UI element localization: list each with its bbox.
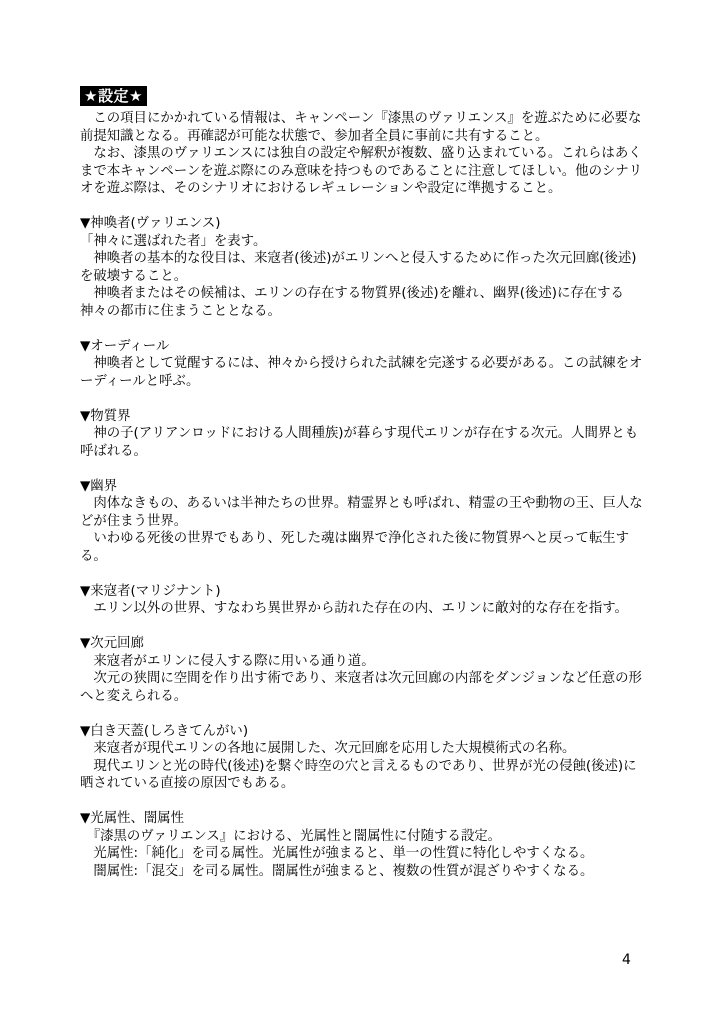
section-paragraph: 『漆黒のヴァリエンス』における、光属性と闇属性に付随する設定。 bbox=[80, 828, 648, 846]
section-body: 神の子(アリアンロッドにおける人間種族)が暮らす現代エリンが存在する次元。人間界… bbox=[80, 425, 648, 460]
section-heading: ▼白き天蓋(しろきてんがい) bbox=[80, 723, 648, 741]
section-heading: ▼来寇者(マリジナント) bbox=[80, 583, 648, 601]
section-paragraph: 光属性:「純化」を司る属性。光属性が強まると、単一の性質に特化しやすくなる。 bbox=[80, 845, 648, 863]
section-body: 「神々に選ばれた者」を表す。 神喚者の基本的な役目は、来寇者(後述)がエリンへと… bbox=[80, 233, 648, 321]
setting-section: ▼光属性、闇属性 『漆黒のヴァリエンス』における、光属性と闇属性に付随する設定。… bbox=[80, 810, 648, 880]
section-paragraph: いわゆる死後の世界でもあり、死した魂は幽界で浄化された後に物質界へと戻って転生す… bbox=[80, 530, 648, 565]
section-paragraph: 神喚者として覚醒するには、神々から授けられた試練を完遂する必要がある。この試練を… bbox=[80, 355, 648, 390]
section-heading: ▼幽界 bbox=[80, 478, 648, 496]
section-paragraph: 「神々に選ばれた者」を表す。 bbox=[80, 233, 648, 251]
section-heading: ▼次元回廊 bbox=[80, 635, 648, 653]
section-heading: ▼オーディール bbox=[80, 338, 648, 356]
section-body: 肉体なきもの、あるいは半神たちの世界。精霊界とも呼ばれ、精霊の王や動物の王、巨人… bbox=[80, 495, 648, 565]
section-body: 来寇者が現代エリンの各地に展開した、次元回廊を応用した大規模術式の名称。 現代エ… bbox=[80, 740, 648, 793]
section-heading: ▼物質界 bbox=[80, 408, 648, 426]
section-body: 来寇者がエリンに侵入する際に用いる通り道。 次元の狭間に空間を作り出す術であり、… bbox=[80, 653, 648, 706]
section-body: 『漆黒のヴァリエンス』における、光属性と闇属性に付随する設定。 光属性:「純化」… bbox=[80, 828, 648, 881]
section-paragraph: 闇属性:「混交」を司る属性。闇属性が強まると、複数の性質が混ざりやすくなる。 bbox=[80, 863, 648, 881]
setting-section: ▼物質界 神の子(アリアンロッドにおける人間種族)が暮らす現代エリンが存在する次… bbox=[80, 408, 648, 461]
section-paragraph: 肉体なきもの、あるいは半神たちの世界。精霊界とも呼ばれ、精霊の王や動物の王、巨人… bbox=[80, 495, 648, 530]
section-heading: ▼神喚者(ヴァリエンス) bbox=[80, 215, 648, 233]
section-paragraph: 来寇者が現代エリンの各地に展開した、次元回廊を応用した大規模術式の名称。 bbox=[80, 740, 648, 758]
intro-paragraph: この項目にかかれている情報は、キャンペーン『漆黒のヴァリエンス』を遊ぶために必要… bbox=[80, 110, 648, 145]
intro-block: この項目にかかれている情報は、キャンペーン『漆黒のヴァリエンス』を遊ぶために必要… bbox=[80, 110, 648, 198]
section-body: エリン以外の世界、すなわち異世界から訪れた存在の内、エリンに敵対的な存在を指す。 bbox=[80, 600, 648, 618]
section-paragraph: 神喚者の基本的な役目は、来寇者(後述)がエリンへと侵入するために作った次元回廊(… bbox=[80, 250, 648, 285]
setting-section: ▼神喚者(ヴァリエンス) 「神々に選ばれた者」を表す。 神喚者の基本的な役目は、… bbox=[80, 215, 648, 320]
page-title: ★設定★ bbox=[80, 86, 147, 106]
section-paragraph: 神喚者またはその候補は、エリンの存在する物質界(後述)を離れ、幽界(後述)に存在… bbox=[80, 285, 648, 320]
setting-section: ▼来寇者(マリジナント) エリン以外の世界、すなわち異世界から訪れた存在の内、エ… bbox=[80, 583, 648, 618]
page-number: 4 bbox=[622, 951, 631, 969]
setting-section: ▼オーディール 神喚者として覚醒するには、神々から授けられた試練を完遂する必要が… bbox=[80, 338, 648, 391]
intro-paragraph: なお、漆黒のヴァリエンスには独自の設定や解釈が複数、盛り込まれている。これらはあ… bbox=[80, 145, 648, 198]
setting-section: ▼白き天蓋(しろきてんがい) 来寇者が現代エリンの各地に展開した、次元回廊を応用… bbox=[80, 723, 648, 793]
section-paragraph: 神の子(アリアンロッドにおける人間種族)が暮らす現代エリンが存在する次元。人間界… bbox=[80, 425, 648, 460]
section-paragraph: 現代エリンと光の時代(後述)を繋ぐ時空の穴と言えるものであり、世界が光の侵蝕(後… bbox=[80, 758, 648, 793]
section-body: 神喚者として覚醒するには、神々から授けられた試練を完遂する必要がある。この試練を… bbox=[80, 355, 648, 390]
section-paragraph: エリン以外の世界、すなわち異世界から訪れた存在の内、エリンに敵対的な存在を指す。 bbox=[80, 600, 648, 618]
document-page: ★設定★ この項目にかかれている情報は、キャンペーン『漆黒のヴァリエンス』を遊ぶ… bbox=[0, 0, 725, 1024]
setting-section: ▼幽界 肉体なきもの、あるいは半神たちの世界。精霊界とも呼ばれ、精霊の王や動物の… bbox=[80, 478, 648, 566]
sections-container: ▼神喚者(ヴァリエンス) 「神々に選ばれた者」を表す。 神喚者の基本的な役目は、… bbox=[80, 215, 648, 880]
section-heading: ▼光属性、闇属性 bbox=[80, 810, 648, 828]
section-paragraph: 来寇者がエリンに侵入する際に用いる通り道。 bbox=[80, 653, 648, 671]
setting-section: ▼次元回廊 来寇者がエリンに侵入する際に用いる通り道。 次元の狭間に空間を作り出… bbox=[80, 635, 648, 705]
section-paragraph: 次元の狭間に空間を作り出す術であり、来寇者は次元回廊の内部をダンジョンなど任意の… bbox=[80, 670, 648, 705]
document-content: ★設定★ この項目にかかれている情報は、キャンペーン『漆黒のヴァリエンス』を遊ぶ… bbox=[80, 86, 648, 880]
